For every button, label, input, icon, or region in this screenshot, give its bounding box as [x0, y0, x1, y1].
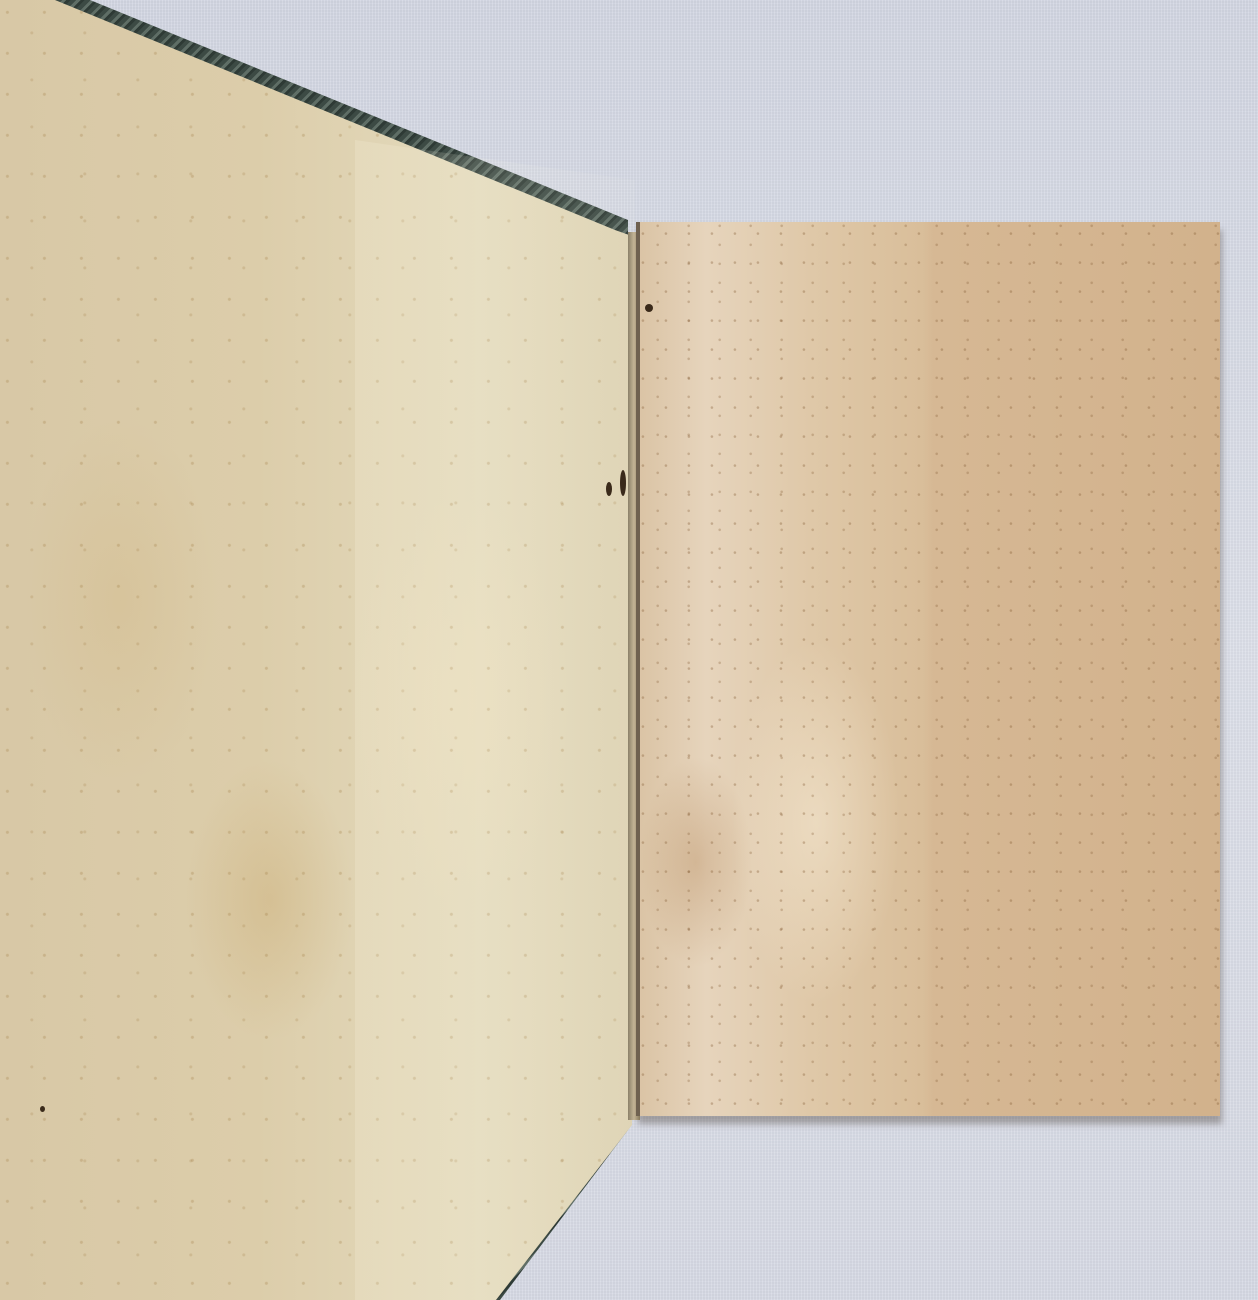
left-page-lighter-band [355, 140, 635, 1300]
wormhole-mark [620, 470, 626, 496]
right-page-binding-edge [636, 222, 640, 1116]
wormhole-mark [606, 482, 612, 496]
ink-spot [645, 304, 653, 312]
photo-scene [0, 0, 1258, 1300]
right-endpaper [636, 222, 1220, 1116]
ink-spot [40, 1106, 45, 1112]
